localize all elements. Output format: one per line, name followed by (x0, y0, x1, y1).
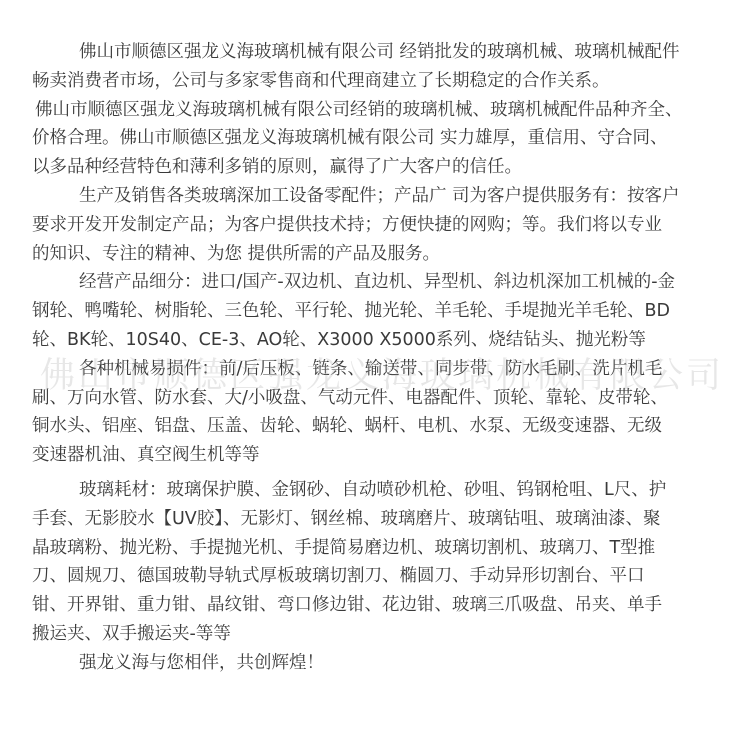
text-line: 搬运夹、双手搬运夹-等等 (32, 620, 722, 649)
text-line: 佛山市顺德区强龙义海玻璃机械有限公司 经销批发的玻璃机械、玻璃机械配件 (32, 38, 722, 67)
text-line: 晶玻璃粉、抛光粉、手提抛光机、手提简易磨边机、玻璃切割机、玻璃刀、T型推 (32, 534, 722, 563)
text-line: 要求开发开发制定产品；为客户提供技术持；方便快捷的网购；等。我们将以专业 (32, 211, 722, 240)
paragraph-services: 生产及销售各类玻璃深加工设备零配件；产品广 司为客户提供服务有：按客户 要求开发… (32, 182, 722, 268)
text-line: 各种机械易损件：前/后压板、链条、输送带、同步带、防水毛刷、洗片机毛 (32, 355, 722, 384)
text-line: 经营产品细分：进口/国产-双边机、直边机、异型机、斜边机深加工机械的-金 (32, 268, 722, 297)
text-line: 轮、BK轮、10S40、CE-3、AO轮、X3000 X5000系列、烧结钻头、… (32, 326, 722, 355)
text-line: 手套、无影胶水【UV胶】、无影灯、钢丝棉、玻璃磨片、玻璃钻咀、玻璃油漆、聚 (32, 505, 722, 534)
text-line: 畅卖消费者市场，公司与多家零售商和代理商建立了长期稳定的合作关系。 (32, 67, 722, 96)
paragraph-closing: 强龙义海与您相伴，共创辉煌！ (32, 649, 722, 678)
paragraph-quality: 佛山市顺德区强龙义海玻璃机械有限公司经销的玻璃机械、玻璃机械配件品种齐全、 价格… (32, 96, 722, 182)
text-line: 铜水头、铝座、铝盘、压盖、齿轮、蜗轮、蜗杆、电机、水泵、无级变速器、无级 (32, 412, 722, 441)
text-line: 刀、圆规刀、德国玻勒导轨式厚板玻璃切割刀、椭圆刀、手动异形切割台、平口 (32, 562, 722, 591)
text-line: 钢轮、鸭嘴轮、树脂轮、三色轮、平行轮、抛光轮、羊毛轮、手堤抛光羊毛轮、BD (32, 297, 722, 326)
paragraph-consumables: 玻璃耗材：玻璃保护膜、金钢砂、自动喷砂机枪、砂咀、钨钢枪咀、L尺、护 手套、无影… (32, 476, 722, 649)
paragraph-intro: 佛山市顺德区强龙义海玻璃机械有限公司 经销批发的玻璃机械、玻璃机械配件 畅卖消费… (32, 38, 722, 96)
text-line: 佛山市顺德区强龙义海玻璃机械有限公司经销的玻璃机械、玻璃机械配件品种齐全、 (32, 96, 722, 125)
text-line: 价格合理。佛山市顺德区强龙义海玻璃机械有限公司 实力雄厚，重信用、守合同、 (32, 124, 722, 153)
text-line: 刷、万向水管、防水套、大/小吸盘、气动元件、电器配件、顶轮、靠轮、皮带轮、 (32, 384, 722, 413)
paragraph-products: 经营产品细分：进口/国产-双边机、直边机、异型机、斜边机深加工机械的-金 钢轮、… (32, 268, 722, 354)
paragraph-spare-parts: 各种机械易损件：前/后压板、链条、输送带、同步带、防水毛刷、洗片机毛 刷、万向水… (32, 355, 722, 470)
text-line: 以多品种经营特色和薄利多销的原则，赢得了广大客户的信任。 (32, 153, 722, 182)
closing-line: 强龙义海与您相伴，共创辉煌！ (32, 649, 722, 678)
text-line: 的知识、专注的精神、为您 提供所需的产品及服务。 (32, 240, 722, 269)
text-line: 钳、开界钳、重力钳、晶纹钳、弯口修边钳、花边钳、玻璃三爪吸盘、吊夹、单手 (32, 591, 722, 620)
text-line: 玻璃耗材：玻璃保护膜、金钢砂、自动喷砂机枪、砂咀、钨钢枪咀、L尺、护 (32, 476, 722, 505)
text-line: 变速器机油、真空阀生机等等 (32, 441, 722, 470)
text-line: 生产及销售各类玻璃深加工设备零配件；产品广 司为客户提供服务有：按客户 (32, 182, 722, 211)
document-body: 佛山市顺德区强龙义海玻璃机械有限公司 经销批发的玻璃机械、玻璃机械配件 畅卖消费… (32, 38, 722, 678)
